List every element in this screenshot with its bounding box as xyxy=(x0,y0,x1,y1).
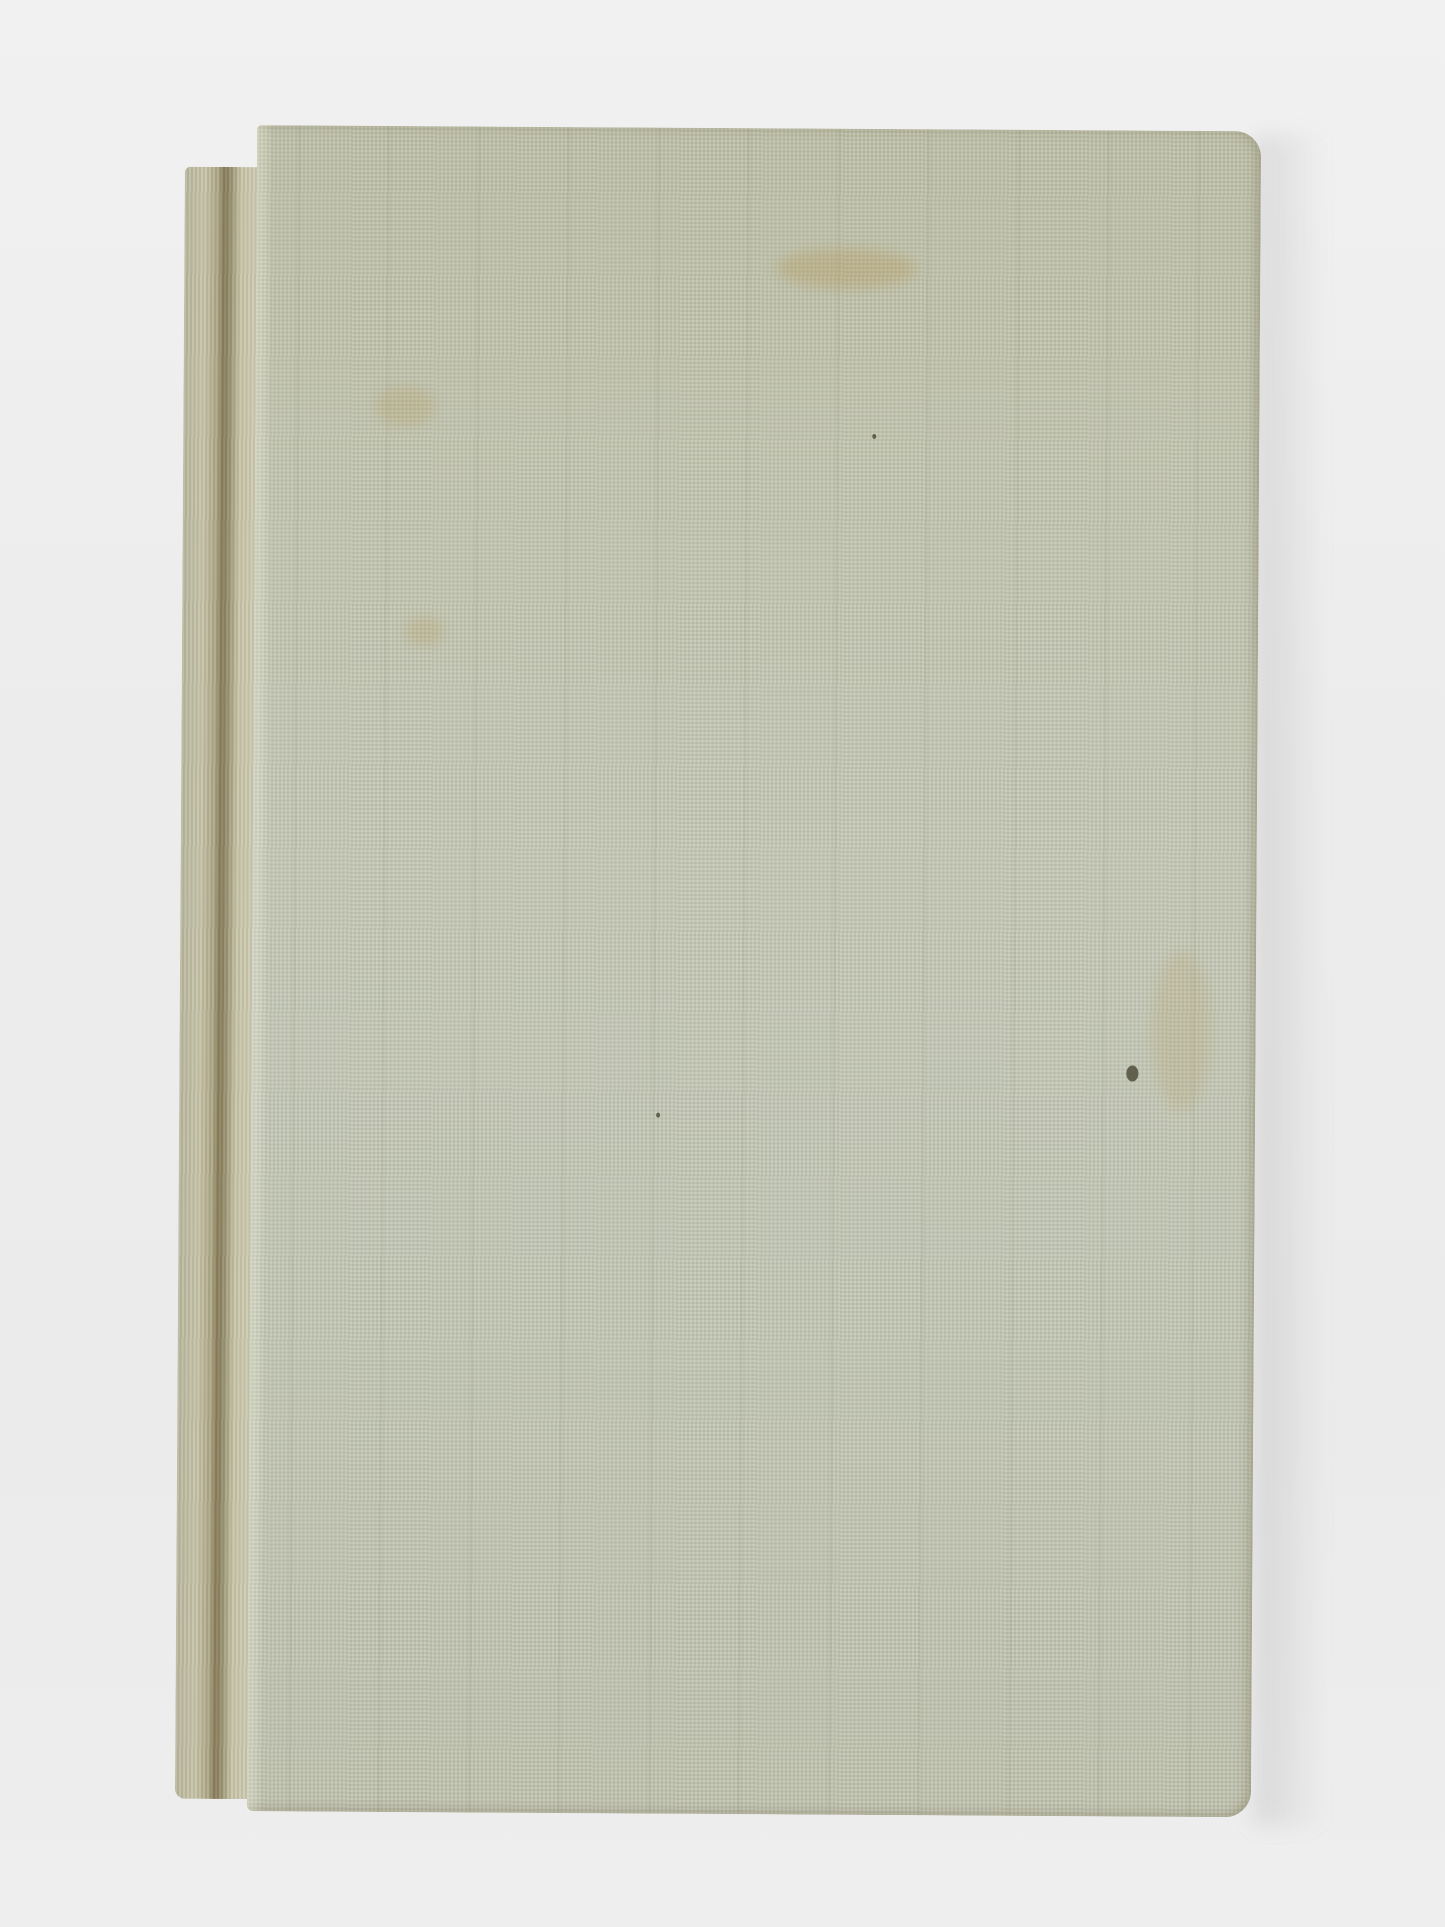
cover-stain xyxy=(375,386,435,426)
book-front-cover xyxy=(247,125,1261,1817)
book xyxy=(175,125,1261,1818)
cover-spot xyxy=(1126,1065,1138,1081)
cover-stain xyxy=(404,616,444,646)
book-shadow xyxy=(1255,135,1325,1825)
cover-spot xyxy=(872,434,876,439)
spine-hinge-groove xyxy=(209,167,229,1799)
cover-stain xyxy=(1151,951,1212,1111)
cover-spot xyxy=(656,1113,660,1118)
cover-stain xyxy=(776,248,916,289)
